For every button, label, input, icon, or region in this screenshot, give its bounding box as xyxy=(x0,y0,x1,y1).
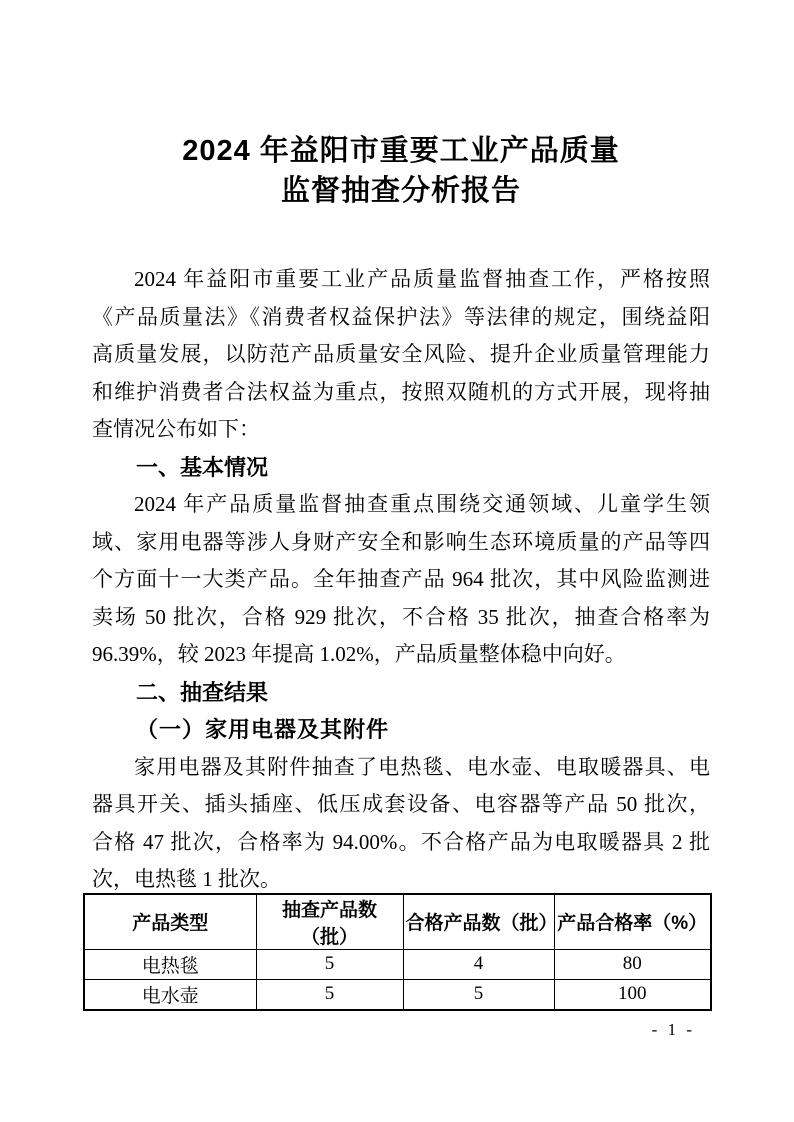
paragraph-line: 查情况公布如下： xyxy=(92,411,710,449)
paragraph-line: 个方面十一大类产品。全年抽查产品 964 批次，其中风险监测进 xyxy=(92,561,710,599)
results-table: 产品类型 抽查产品数（批） 合格产品数（批） 产品合格率（%） 电热毯 5 4 … xyxy=(83,893,712,1011)
subsection-heading-appliances: （一）家用电器及其附件 xyxy=(92,711,710,749)
table-cell: 80 xyxy=(554,949,711,979)
paragraph-appliances: 家用电器及其附件抽查了电热毯、电水壶、电取暖器具、电 器具开关、插头插座、低压成… xyxy=(92,749,710,899)
table-cell: 电热毯 xyxy=(84,949,256,979)
table-cell: 5 xyxy=(256,979,403,1010)
paragraph-line: 《产品质量法》《消费者权益保护法》等法律的规定，围绕益阳 xyxy=(92,299,710,337)
paragraph-line: 2024 年产品质量监督抽查重点围绕交通领域、儿童学生领 xyxy=(92,486,710,524)
document-title-line-2: 监督抽查分析报告 xyxy=(92,171,710,211)
paragraph-line: 域、家用电器等涉人身财产安全和影响生态环境质量的产品等四 xyxy=(92,524,710,562)
document-page: 2024 年益阳市重要工业产品质量 监督抽查分析报告 2024 年益阳市重要工业… xyxy=(0,0,794,1122)
table-header-cell-qualified-count: 合格产品数（批） xyxy=(403,894,554,950)
table-cell: 100 xyxy=(554,979,711,1010)
document-body: 2024 年益阳市重要工业产品质量监督抽查工作，严格按照 《产品质量法》《消费者… xyxy=(92,261,710,1011)
paragraph-line: 和维护消费者合法权益为重点，按照双随机的方式开展，现将抽 xyxy=(92,374,710,412)
paragraph-line: 2024 年益阳市重要工业产品质量监督抽查工作，严格按照 xyxy=(92,261,710,299)
document-content: 2024 年益阳市重要工业产品质量 监督抽查分析报告 2024 年益阳市重要工业… xyxy=(92,0,710,1011)
paragraph-intro: 2024 年益阳市重要工业产品质量监督抽查工作，严格按照 《产品质量法》《消费者… xyxy=(92,261,710,449)
table-cell: 5 xyxy=(403,979,554,1010)
paragraph-line: 高质量发展，以防范产品质量安全风险、提升企业质量管理能力 xyxy=(92,336,710,374)
table-header-row: 产品类型 抽查产品数（批） 合格产品数（批） 产品合格率（%） xyxy=(84,894,711,950)
table-row: 电水壶 5 5 100 xyxy=(84,979,711,1010)
paragraph-line: 家用电器及其附件抽查了电热毯、电水壶、电取暖器具、电 xyxy=(92,749,710,787)
paragraph-line: 卖场 50 批次，合格 929 批次，不合格 35 批次，抽查合格率为 xyxy=(92,599,710,637)
table-header-cell-product-type: 产品类型 xyxy=(84,894,256,950)
table-cell: 电水壶 xyxy=(84,979,256,1010)
paragraph-line: 器具开关、插头插座、低压成套设备、电容器等产品 50 批次， xyxy=(92,786,710,824)
section-heading-1: 一、基本情况 xyxy=(92,449,710,487)
table-cell: 4 xyxy=(403,949,554,979)
table-cell: 5 xyxy=(256,949,403,979)
table-row: 电热毯 5 4 80 xyxy=(84,949,711,979)
paragraph-line: 合格 47 批次，合格率为 94.00%。不合格产品为电取暖器具 2 批 xyxy=(92,824,710,862)
paragraph-basic-situation: 2024 年产品质量监督抽查重点围绕交通领域、儿童学生领 域、家用电器等涉人身财… xyxy=(92,486,710,674)
section-heading-2: 二、抽查结果 xyxy=(92,674,710,712)
table-header-cell-pass-rate: 产品合格率（%） xyxy=(554,894,711,950)
page-number: - 1 - xyxy=(652,1020,695,1040)
document-title-line-1: 2024 年益阳市重要工业产品质量 xyxy=(92,131,710,171)
document-title: 2024 年益阳市重要工业产品质量 监督抽查分析报告 xyxy=(92,131,710,211)
table-header-cell-sampled-count: 抽查产品数（批） xyxy=(256,894,403,950)
paragraph-line: 96.39%，较 2023 年提高 1.02%，产品质量整体稳中向好。 xyxy=(92,636,710,674)
